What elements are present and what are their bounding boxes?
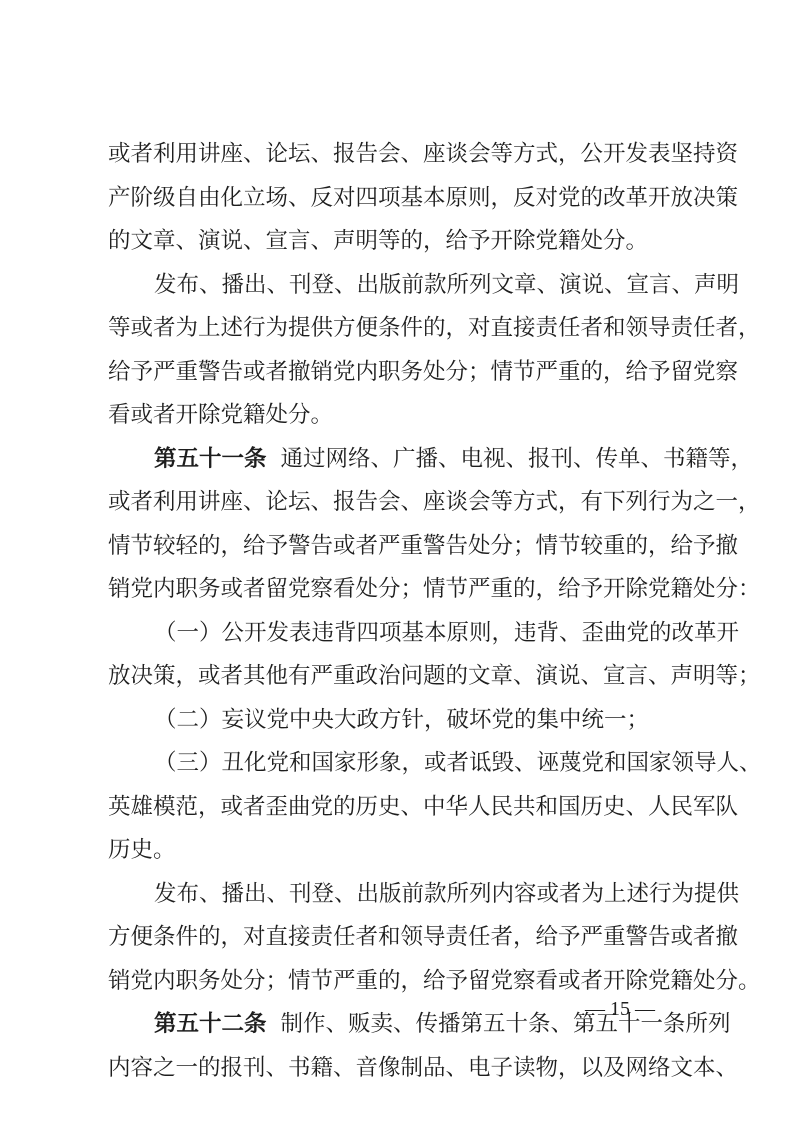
text-line: 方便条件的，对直接责任者和领导责任者，给予严重警告或者撤 xyxy=(108,916,710,960)
text-line: 通过网络、广播、电视、报刊、传单、书籍等， xyxy=(281,446,754,472)
text-line: 等或者为上述行为提供方便条件的，对直接责任者和领导责任者， xyxy=(108,307,710,351)
text-line: 给予严重警告或者撤销党内职务处分；情节严重的，给予留党察 xyxy=(108,351,710,395)
page-number: — 15 — xyxy=(585,998,685,1021)
text-line: 发布、播出、刊登、出版前款所列内容或者为上述行为提供 xyxy=(108,873,710,917)
text-line: 产阶级自由化立场、反对四项基本原则，反对党的改革开放决策 xyxy=(108,177,710,221)
text-line: 看或者开除党籍处分。 xyxy=(108,394,710,438)
text-line: 销党内职务或者留党察看处分；情节严重的，给予开除党籍处分： xyxy=(108,568,710,612)
list-item-line: （二）妄议党中央大政方针，破坏党的集中统一； xyxy=(108,699,710,743)
text-line: 销党内职务处分；情节严重的，给予留党察看或者开除党籍处分。 xyxy=(108,960,710,1004)
text-line: 的文章、演说、宣言、声明等的，给予开除党籍处分。 xyxy=(108,220,710,264)
list-item-line: 放决策，或者其他有严重政治问题的文章、演说、宣言、声明等； xyxy=(108,655,710,699)
article-label: 第五十一条 xyxy=(154,446,267,472)
text-line: 或者利用讲座、论坛、报告会、座谈会等方式，有下列行为之一， xyxy=(108,481,710,525)
document-body: 或者利用讲座、论坛、报告会、座谈会等方式，公开发表坚持资 产阶级自由化立场、反对… xyxy=(108,133,710,1090)
article-51-first-line: 第五十一条通过网络、广播、电视、报刊、传单、书籍等， xyxy=(108,438,710,482)
text-line: 或者利用讲座、论坛、报告会、座谈会等方式，公开发表坚持资 xyxy=(108,133,710,177)
list-item-line: （一）公开发表违背四项基本原则，违背、歪曲党的改革开 xyxy=(108,612,710,656)
list-item-line: （三）丑化党和国家形象，或者诋毁、诬蔑党和国家领导人、 xyxy=(108,742,710,786)
list-item-line: 英雄模范，或者歪曲党的历史、中华人民共和国历史、人民军队 xyxy=(108,786,710,830)
text-line: 情节较轻的，给予警告或者严重警告处分；情节较重的，给予撤 xyxy=(108,525,710,569)
text-line: 发布、播出、刊登、出版前款所列文章、演说、宣言、声明 xyxy=(108,264,710,308)
text-line: 内容之一的报刊、书籍、音像制品、电子读物，以及网络文本、 xyxy=(108,1047,710,1091)
list-item-line: 历史。 xyxy=(108,829,710,873)
article-label: 第五十二条 xyxy=(154,1011,267,1037)
